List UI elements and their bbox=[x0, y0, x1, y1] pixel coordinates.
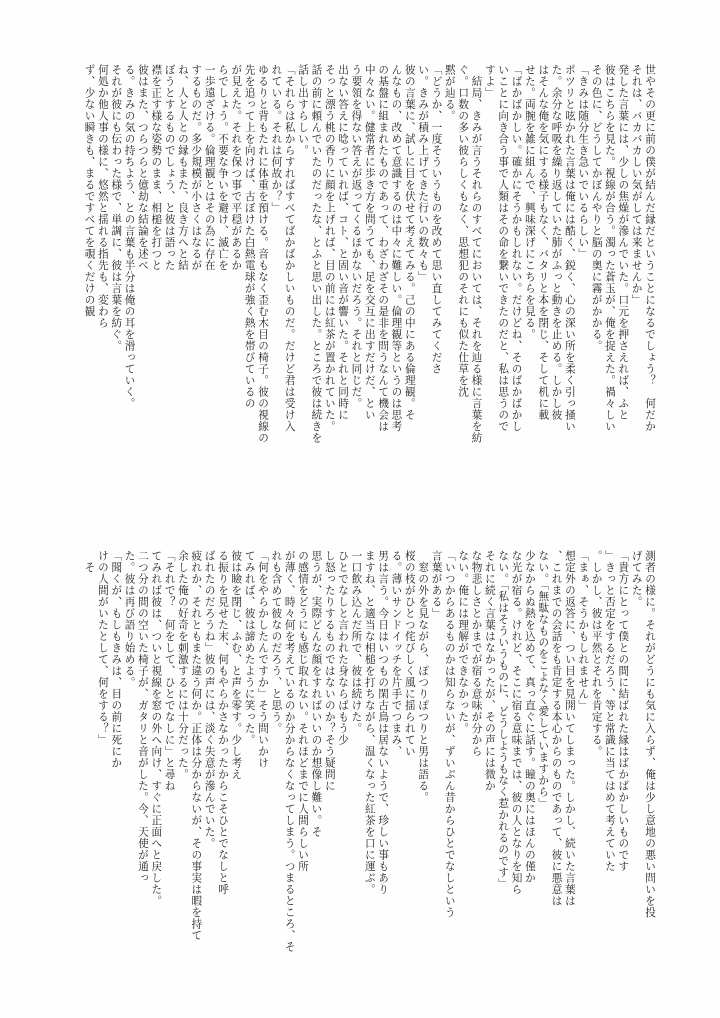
text-column: 「どうか、一度そういうものを改めて思い直してみてくださ bbox=[429, 64, 442, 538]
text-column: 「それらは私からすればすべてばかばかしいものだ。だけど君は受け入 bbox=[282, 64, 295, 538]
text-column: 結局、きみが言うそれらのすべてにおいては、それを辿る様に言葉を紡 bbox=[469, 64, 482, 538]
top-text-band: 世やその更に前の僕が結んだ縁だということになるでしょう？ 何だか それは、バカバ… bbox=[82, 64, 656, 538]
text-column: れも含めて彼なのだろう、と思う。 bbox=[269, 550, 282, 1012]
text-column: 発した言葉には、少しの焦燥が滲んでいた。口元を押さえれば、ふと bbox=[616, 64, 629, 538]
text-column: る。きみの気の持ちよう、との言葉も半分は俺の耳を滑っていく。 bbox=[122, 64, 135, 538]
text-column: すよ」 bbox=[483, 64, 496, 538]
text-column: そ bbox=[82, 550, 95, 1012]
text-column: けの人間がいたとして、何をする？」 bbox=[96, 550, 109, 1012]
text-column: 疲れか、それともまた違う何か。正体は分からないが、その事実は暇を持て bbox=[189, 550, 202, 1012]
text-column: が見えた。それを保つ事で平穏があるか bbox=[229, 64, 242, 538]
text-column: ひとでなしと言われた身ならばもう少 bbox=[336, 550, 349, 1012]
text-column: 出ない答えに唸っていれば、コト、と固い音が響いた。それと同時に bbox=[336, 64, 349, 538]
text-column: らでしょう。不要な争いを避け、滅亡を bbox=[216, 64, 229, 538]
text-column: 「それで？ 何をして、ひとでなしに」と尋ね bbox=[162, 550, 175, 1012]
text-column: せた。両腕を雑に組んで、興味深げにこちらを見る。 bbox=[523, 64, 536, 538]
text-column: る。薄いサンドイッチを片手でつまみ、 bbox=[389, 550, 402, 1012]
text-column: 想定外の返答に、つい目を見開いてしまった。しかし、続いた言葉は bbox=[563, 550, 576, 1012]
text-column: 話し出すらしい。 bbox=[296, 64, 309, 538]
text-column: の感情をどうにも感じ取れない。それほどまでに人間らしい所 bbox=[296, 550, 309, 1012]
text-column: た。余分な呼吸を繰り返していた肺がふっと動きを止める。しかし彼 bbox=[549, 64, 562, 538]
text-column: それに続く言葉はなかったが、その声には微か bbox=[483, 550, 496, 1012]
text-column: 一口飲み込んだ所で、彼は続けた。 bbox=[349, 550, 362, 1012]
text-column: ない。「私はそういうものに、どうしようもなく惹かれるのです」 bbox=[496, 550, 509, 1012]
text-column: ばれたのだろうね」彼の声には、淡く失意が滲んでいた。 bbox=[202, 550, 215, 1012]
text-column: 「まぁ、そうかもしれません」 bbox=[576, 550, 589, 1012]
text-column: はそんな俺を気にする様子もなく、バタリと本を閉じ、そして机に載 bbox=[536, 64, 549, 538]
text-column: 彼はまた、つらつらと億劫な結論を述べ bbox=[136, 64, 149, 538]
text-column: 、これまでの会話をも肯定する本心からのものであって、彼に悪意は bbox=[549, 550, 562, 1012]
text-column: 「いつからあるものかは知らないが、ずいぶん昔からひとでなしという bbox=[443, 550, 456, 1012]
text-column: ぼうとするものでしょう、と彼は語った bbox=[162, 64, 175, 538]
text-column: ポツリと呟かれた言葉は俺には酷く、鋭く、心の深い所を柔く引っ掻い bbox=[563, 64, 576, 538]
bottom-text-band: 測者の様に。それがどうにも気に入らず、俺は少し意地の悪い問いを投 げてみた。 「… bbox=[82, 550, 656, 1012]
text-column: それが彼にも伝わった様で、単調に、彼は言葉を紡ぐ。 bbox=[109, 64, 122, 538]
text-column: 男は言う。今日はいつもの閑古鳥は居ないようで、珍しい事もあり bbox=[376, 550, 389, 1012]
text-column: 一歩遠ざける。倫理観とはその為に存在 bbox=[202, 64, 215, 538]
text-column: てみれば彼は、ついと視線を窓の外へ向け、すぐに正面へと戻した。 bbox=[149, 550, 162, 1012]
text-column: 彼は瞼を閉じ、ふむ、と声を零す。少し考え bbox=[229, 550, 242, 1012]
text-column: 話の前に頼んでいたのだったな、とふと思い出した。ところで彼は続きを bbox=[309, 64, 322, 538]
text-column: な物悲しさとかまでが宿る意味が分から bbox=[469, 550, 482, 1012]
text-column: するものだ。多少規模が小さくはなるが bbox=[189, 64, 202, 538]
text-column: ゆるりと背もたれに体重を預ける。音もなく歪む木目の椅子。彼の視線の bbox=[256, 64, 269, 538]
text-column: 「貴方にとって僕との間に結ばれた縁はばかばかしいものです bbox=[616, 550, 629, 1012]
text-column: 世やその更に前の僕が結んだ縁だということになるでしょう？ 何だか bbox=[643, 64, 656, 538]
text-column: ぐ。口数の多い彼らしくもなく、思想犯のそれにも似た仕草を沈 bbox=[456, 64, 469, 538]
text-column: 「きみは随分生き急いでいるらしい」 bbox=[576, 64, 589, 538]
text-column: た。彼は再び語り始める。 bbox=[122, 550, 135, 1012]
text-column: 「聞くが、もしもきみは、目の前に死にか bbox=[109, 550, 122, 1012]
text-column: れている。それは何故か？」 bbox=[269, 64, 282, 538]
text-column: 彼の言葉に、試しに目を伏せて考えてみる。己の中にある倫理観。そ bbox=[402, 64, 415, 538]
text-column: 「何をやらかしたんですか」そう問いかけ bbox=[256, 550, 269, 1012]
text-column: いことに向き合う事で人類はその命を繋いできたのだと、私は思うので bbox=[496, 64, 509, 538]
text-column: 思うが、実際どんな顔をすればいいのか想像し難い。そ bbox=[309, 550, 322, 1012]
text-column: ない。俺には理解ができなかった。 bbox=[456, 550, 469, 1012]
text-column: ね、人と人との縁もまた、良き方へと結 bbox=[176, 64, 189, 538]
text-column: が薄く、時々何を考えているのか分からなくなってしまう。つまるところ、そ bbox=[282, 550, 295, 1012]
text-column: 余した俺の好奇を刺激するには十分だった。 bbox=[176, 550, 189, 1012]
text-column: の基盤に組まれたものであって、わざわざその是非を問うなんて機会は bbox=[376, 64, 389, 538]
text-column: 何処か他人事の様に、悠然と揺れる指先も、変わら bbox=[96, 64, 109, 538]
text-column: な光が宿る。けれど、そこに宿る意味までは、彼の人となりを知ら bbox=[509, 550, 522, 1012]
text-column: んなもの、改めて意識するのは中々に難しい。倫理観等というのは思考 bbox=[389, 64, 402, 538]
text-column: 窓の外を見ながら、ぽつりぽつりと男は語る。 bbox=[416, 550, 429, 1012]
text-column: その色に、どうしてかぼんやりと脳の奥に霧がかかる。 bbox=[589, 64, 602, 538]
text-column: ますね、と適当な相槌を打ちながら、温くなった紅茶を口に運ぶ。 bbox=[362, 550, 375, 1012]
text-column: し怒ったりするものではないのか？そう疑問に bbox=[322, 550, 335, 1012]
text-column: 先を追って上を向けば、古ぼけた白熱電球が強く熱を帯びているの bbox=[242, 64, 255, 538]
text-column: 。しかし、彼は平然とそれを肯定する。 bbox=[589, 550, 602, 1012]
text-column: ず、少ない瞬きも、まるですべてを覗くだけの観 bbox=[82, 64, 95, 538]
text-column: 言葉がある」 bbox=[429, 550, 442, 1012]
novel-page: 世やその更に前の僕が結んだ縁だということになるでしょう？ 何だか それは、バカバ… bbox=[0, 0, 720, 1018]
text-column: ない。「無駄なものをこよなく愛していますから」 bbox=[536, 550, 549, 1012]
text-column: い。きみが積み上げてきた行いの数々も」 bbox=[416, 64, 429, 538]
text-column: 」きっと否定をするだろう、等と常識に当てはめて考えていた bbox=[603, 550, 616, 1012]
text-column: 少なからぬ熱を込めて、真っ直ぐに話す。瞳の奥にはほんの僅か bbox=[523, 550, 536, 1012]
text-column: 襟を正す様な姿勢のまま、相槌を打つと bbox=[149, 64, 162, 538]
text-column: げてみた。 bbox=[629, 550, 642, 1012]
text-column: 彼はこちらを見た。視線が合う。濁った蒼玉が、俺を捉えた。禍々しい bbox=[603, 64, 616, 538]
text-column: てみれば、彼は諦めたように笑った。 bbox=[242, 550, 255, 1012]
text-column: う要領を得ない答えが返ってくるほかないだろう。それと同じだ。 bbox=[349, 64, 362, 538]
text-column: 桜の枝がひとつ侘びしく風に揺られてい bbox=[402, 550, 415, 1012]
text-column: それは、バカバカしい気がしては来ませんか」 bbox=[629, 64, 642, 538]
text-column: そっと漂う桃の香りに顔を上げれば、目の前には紅茶が置かれていた。 bbox=[322, 64, 335, 538]
text-column: る振りを見せた末、何もやらかさなかったからこそひとでなしと呼 bbox=[216, 550, 229, 1012]
text-column: 黙が辿る。 bbox=[443, 64, 456, 538]
text-column: 二つ分の間の空いた椅子が、ガタリと音がした。今、天使が通っ bbox=[136, 550, 149, 1012]
text-column: 測者の様に。それがどうにも気に入らず、俺は少し意地の悪い問いを投 bbox=[643, 550, 656, 1012]
text-column: 中々ない。健常者に歩き方を問うても、足を交互に出すだけだ、とい bbox=[362, 64, 375, 538]
text-column: 「ばかばかしい。確かにそうかもしれない。だけどね、そのばかばかし bbox=[509, 64, 522, 538]
